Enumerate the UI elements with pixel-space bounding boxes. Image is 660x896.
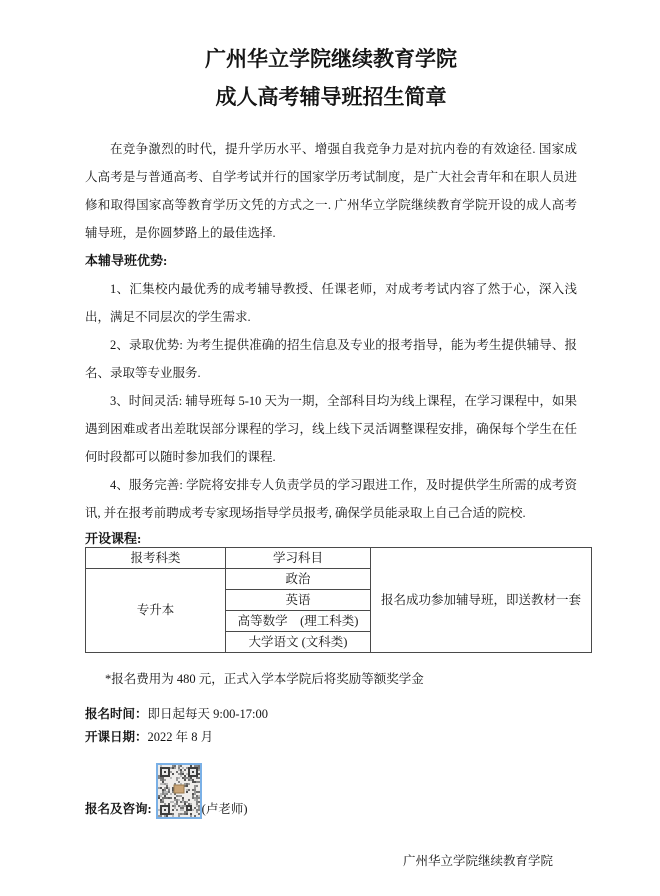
intro-paragraph: 在竞争激烈的时代，提升学历水平、增强自我竞争力是对抗内卷的有效途径. 国家成人高… <box>85 135 577 247</box>
contact-label: 报名及咨询: <box>85 799 152 819</box>
start-date-value: 2022 年 8 月 <box>148 730 214 744</box>
advantages-heading: 本辅导班优势: <box>85 247 577 275</box>
doc-title-line1: 广州华立学院继续教育学院 <box>85 46 577 72</box>
qr-code-icon[interactable] <box>156 763 202 819</box>
signup-time-line: 报名时间：即日起每天 9:00-17:00 <box>85 703 577 726</box>
table-subject-cell: 高等数学 (理工科类) <box>226 611 371 632</box>
advantage-item-3: 3、时间灵活: 辅导班每 5-10 天为一期，全部科目均为线上课程，在学习课程中… <box>85 387 577 471</box>
advantage-item-1: 1、汇集校内最优秀的成考辅导教授、任课老师，对成考考试内容了然于心，深入浅出，满… <box>85 275 577 331</box>
contact-row: 报名及咨询: <box>85 763 577 819</box>
qr-align-bottom-right <box>186 805 192 811</box>
table-subject-cell: 政治 <box>226 569 371 590</box>
fee-note: *报名费用为 480 元，正式入学本学院后将奖励等额奖学金 <box>105 665 577 693</box>
contact-teacher: (卢老师) <box>202 799 248 819</box>
qr-center-logo <box>174 785 184 793</box>
document-page: 广州华立学院继续教育学院 成人高考辅导班招生简章 在竞争激烈的时代，提升学历水平… <box>0 0 660 896</box>
schedule-block: 报名时间：即日起每天 9:00-17:00 开课日期：2022 年 8 月 <box>85 703 577 749</box>
table-subject-cell: 大学语文 (文科类) <box>226 632 371 653</box>
advantage-item-2: 2、录取优势: 为考生提供准确的招生信息及专业的报考指导，能为考生提供辅导、报名… <box>85 331 577 387</box>
table-subject-cell: 英语 <box>226 590 371 611</box>
footer-signature: 广州华立学院继续教育学院 <box>85 851 577 871</box>
signup-time-value: 即日起每天 9:00-17:00 <box>148 707 268 721</box>
courses-table: 报考科类 学习科目 报名成功参加辅导班，即送教材一套 专升本 政治 英语 高等数… <box>85 547 592 653</box>
start-date-label: 开课日期： <box>85 730 148 744</box>
table-category-cell: 专升本 <box>86 569 226 653</box>
table-row: 报考科类 学习科目 报名成功参加辅导班，即送教材一套 <box>86 548 592 569</box>
advantage-item-4: 4、服务完善: 学院将安排专人负责学员的学习跟进工作，及时提供学生所需的成考资讯… <box>85 471 577 527</box>
qr-finder-bottom-left <box>160 805 170 815</box>
table-header-subject: 学习科目 <box>226 548 371 569</box>
qr-finder-top-right <box>188 767 198 777</box>
document-content: 广州华立学院继续教育学院 成人高考辅导班招生简章 在竞争激烈的时代，提升学历水平… <box>0 0 660 871</box>
table-note-cell: 报名成功参加辅导班，即送教材一套 <box>371 548 592 653</box>
signup-time-label: 报名时间： <box>85 707 148 721</box>
doc-title-line2: 成人高考辅导班招生简章 <box>85 84 577 110</box>
qr-finder-top-left <box>160 767 170 777</box>
start-date-line: 开课日期：2022 年 8 月 <box>85 726 577 749</box>
